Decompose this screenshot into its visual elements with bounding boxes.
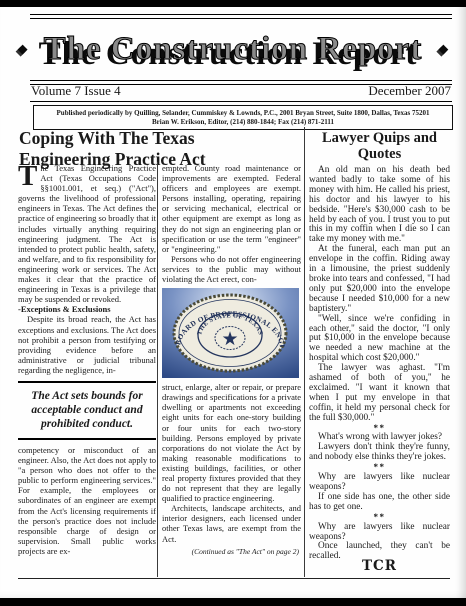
engineers-seal-image: TEXAS BOARD OF PROFESSIONAL ENGINEERS TH… (162, 288, 299, 378)
quips-paragraph: Why are lawyers like nuclear weapons? (309, 523, 450, 543)
quips-paragraph: The lawyer was aghast. "I'm ashamed of b… (309, 364, 450, 423)
article-paragraph: The Texas Engineering Practice Act (Texa… (18, 163, 156, 304)
publisher-line-1: Published periodically by Quilling, Sela… (36, 109, 450, 118)
masthead-title: The Construction Report (44, 31, 423, 68)
publisher-line-2: Brian W. Erikson, Editor, (214) 880-1844… (36, 118, 450, 127)
diamond-icon: ◆ (18, 41, 28, 57)
quips-paragraph: Lawyers don't think they're funny, and n… (309, 443, 450, 463)
quips-paragraph: Why are lawyers like nuclear weapons? (309, 473, 450, 493)
scan-edge-top (0, 0, 466, 7)
tcr-signature: TCR (309, 562, 450, 572)
page-bottom-rule (18, 578, 450, 579)
article-paragraph: Architects, landscape architects, and in… (162, 503, 301, 543)
column-divider (157, 162, 158, 577)
quips-paragraph: At the funeral, each man put an envelope… (309, 245, 450, 314)
continued-notice: (Continued as "The Act" on page 2) (162, 547, 301, 557)
drop-cap: T (18, 163, 40, 189)
quips-headline: Lawyer Quips and Quotes (309, 130, 450, 162)
article-subhead: -Exceptions & Exclusions (18, 304, 156, 314)
article-column-1: The Texas Engineering Practice Act (Texa… (18, 163, 156, 577)
article-paragraph: empted. County road maintenance or impro… (162, 163, 301, 254)
quips-paragraph: An old man on his death bed wanted badly… (309, 166, 450, 245)
masthead: ◆ The Construction Report ◆ (0, 20, 466, 78)
article-paragraph: Despite its broad reach, the Act has exc… (18, 314, 156, 375)
issue-bottom-rule (30, 101, 452, 102)
article-headline-line1: Coping With The Texas (19, 128, 311, 149)
newsletter-front-page: ◆ The Construction Report ◆ Volume 7 Iss… (0, 0, 466, 606)
article-paragraph: competency or misconduct of an engineer.… (18, 445, 156, 556)
article-paragraph: struct, enlarge, alter or repair, or pre… (162, 382, 301, 503)
issue-row: Volume 7 Issue 4 December 2007 (31, 83, 451, 99)
pull-quote: The Act sets bounds for acceptable condu… (18, 381, 156, 440)
issue-date: December 2007 (368, 83, 451, 99)
seal-star-icon: ★ (221, 329, 238, 350)
publisher-box: Published periodically by Quilling, Sela… (33, 105, 453, 130)
issue-volume: Volume 7 Issue 4 (31, 83, 121, 99)
quips-paragraph: If one side has one, the other side has … (309, 493, 450, 513)
masthead-top-rule (30, 14, 452, 19)
article-paragraph: Persons who do not offer engineering ser… (162, 254, 301, 284)
quips-paragraph: "Well, since we're confiding in each oth… (309, 315, 450, 365)
quips-column: Lawyer Quips and Quotes An old man on hi… (309, 130, 450, 580)
scan-edge-bottom (0, 598, 466, 606)
diamond-icon: ◆ (438, 41, 448, 57)
column-divider (304, 127, 305, 577)
article-column-2: empted. County road maintenance or impro… (162, 163, 301, 577)
